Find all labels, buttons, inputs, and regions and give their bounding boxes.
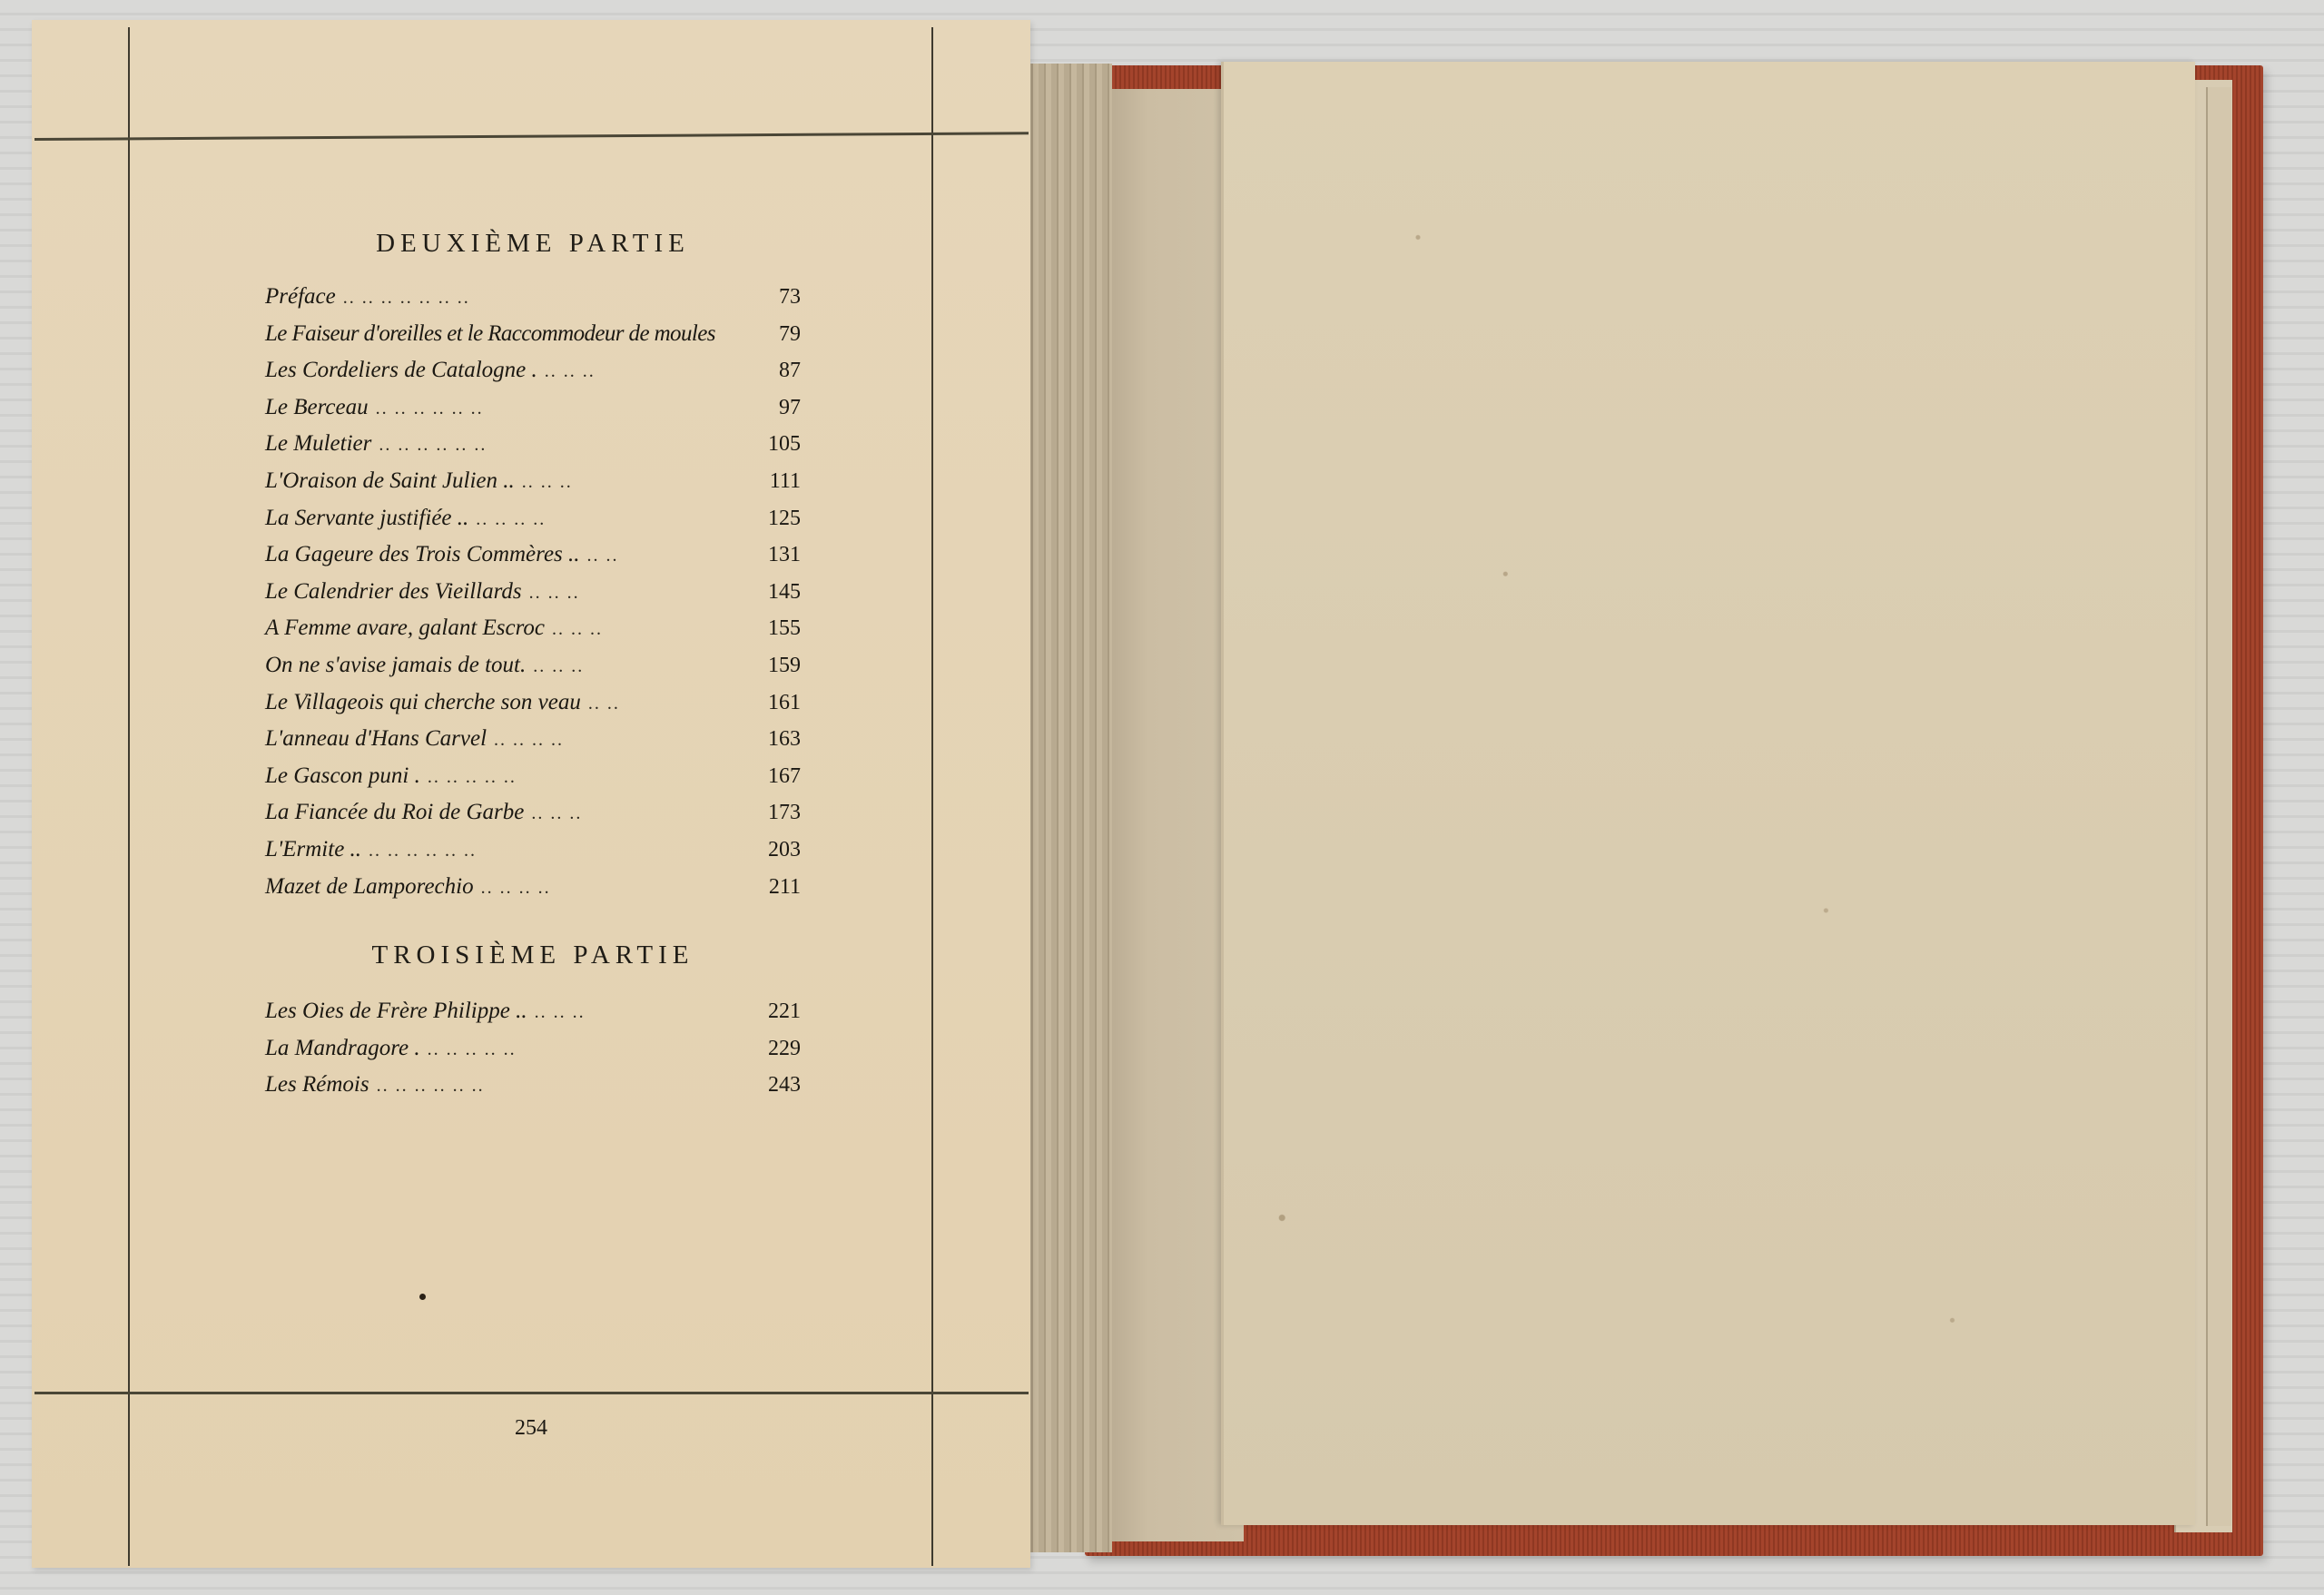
- toc-leader: .. .. .. .. .. ..: [361, 841, 743, 861]
- ink-dot-mark: [419, 1294, 426, 1300]
- toc-entry: Les Oies de Frère Philippe .... .. ..221: [265, 999, 801, 1036]
- toc-leader: .. ..: [580, 546, 743, 566]
- toc-page-number: 211: [743, 875, 801, 900]
- toc-leader: .. .. .. ..: [468, 509, 743, 530]
- toc-leader: .. .. .. .. .. ..: [371, 435, 743, 456]
- toc-entry: Préface.. .. .. .. .. .. ..73: [265, 284, 801, 321]
- toc-entry: Le Faiseur d'oreilles et le Raccommodeur…: [265, 321, 801, 359]
- toc-entry: La Mandragore ... .. .. .. ..229: [265, 1036, 801, 1073]
- toc-page-number: 79: [743, 322, 801, 347]
- toc-page-number: 145: [743, 580, 801, 605]
- toc-entry: Les Cordeliers de Catalogne ... .. ..87: [265, 358, 801, 395]
- toc-title: L'Oraison de Saint Julien ..: [265, 468, 515, 494]
- toc-title: Le Muletier: [265, 431, 371, 457]
- toc-page-number: 73: [743, 285, 801, 310]
- toc-leader: .. .. ..: [524, 803, 743, 824]
- toc-leader: .. .. ..: [526, 656, 743, 677]
- toc-leader: .. .. ..: [515, 472, 743, 493]
- toc-leader: .. .. ..: [545, 619, 743, 640]
- toc-entry: La Servante justifiée .... .. .. ..125: [265, 506, 801, 543]
- toc-entry: L'Oraison de Saint Julien .... .. ..111: [265, 468, 801, 506]
- toc-page-number: 173: [743, 801, 801, 825]
- toc-title: Les Oies de Frère Philippe ..: [265, 999, 527, 1024]
- toc-page-number: 221: [743, 999, 801, 1024]
- toc-page-number: 97: [743, 396, 801, 420]
- right-blank-flyleaf: [1221, 62, 2195, 1525]
- toc-leader: .. .. .. ..: [474, 878, 743, 899]
- frame-rule-left: [128, 27, 130, 1566]
- toc-title: Le Faiseur d'oreilles et le Raccommodeur…: [265, 321, 715, 347]
- toc-leader: .. .. .. ..: [487, 730, 743, 751]
- page-number: 254: [508, 1416, 554, 1441]
- toc-leader: .. .. ..: [522, 583, 743, 604]
- toc-title: On ne s'avise jamais de tout.: [265, 653, 526, 678]
- toc-title: Le Villageois qui cherche son veau: [265, 690, 581, 715]
- toc-entry: Le Berceau.. .. .. .. .. ..97: [265, 395, 801, 432]
- toc-entry: L'Ermite .... .. .. .. .. ..203: [265, 837, 801, 874]
- toc-entry: Le Muletier.. .. .. .. .. ..105: [265, 431, 801, 468]
- toc-entry: L'anneau d'Hans Carvel.. .. .. ..163: [265, 726, 801, 763]
- toc-entry: La Gageure des Trois Commères .... ..131: [265, 542, 801, 579]
- toc-page-number: 167: [743, 764, 801, 789]
- toc-page-number: 105: [743, 432, 801, 457]
- toc-title: Les Cordeliers de Catalogne .: [265, 358, 537, 383]
- toc-title: Le Calendrier des Vieillards: [265, 579, 522, 605]
- toc-leader: .. ..: [581, 694, 743, 714]
- toc-page-number: 243: [743, 1073, 801, 1098]
- toc-entry: Le Gascon puni ... .. .. .. ..167: [265, 763, 801, 801]
- section-heading-deuxieme-partie: DEUXIÈME PARTIE: [265, 229, 801, 259]
- toc-leader: .. .. ..: [527, 1002, 743, 1023]
- toc-page-number: 229: [743, 1037, 801, 1061]
- toc-title: Mazet de Lamporechio: [265, 874, 474, 900]
- toc-leader: .. .. .. .. ..: [420, 767, 743, 788]
- toc-title: Préface: [265, 284, 336, 310]
- toc-title: La Gageure des Trois Commères ..: [265, 542, 580, 567]
- toc-entry: Mazet de Lamporechio.. .. .. ..211: [265, 874, 801, 911]
- toc-title: La Servante justifiée ..: [265, 506, 468, 531]
- toc-entry: La Fiancée du Roi de Garbe.. .. ..173: [265, 800, 801, 837]
- toc-page-number: 131: [743, 543, 801, 567]
- toc-page-number: 87: [743, 359, 801, 383]
- toc-page-number: 155: [743, 616, 801, 641]
- frame-rule-bottom: [34, 1392, 1029, 1394]
- toc-title: A Femme avare, galant Escroc: [265, 615, 545, 641]
- right-page-edge: [2206, 87, 2231, 1526]
- toc-page-number: 203: [743, 838, 801, 862]
- toc-leader: .. .. .. .. .. .. ..: [336, 288, 743, 309]
- toc-entry: Le Calendrier des Vieillards.. .. ..145: [265, 579, 801, 616]
- toc-title: L'anneau d'Hans Carvel: [265, 726, 487, 752]
- toc-title: Le Gascon puni .: [265, 763, 420, 789]
- toc-leader: .. .. .. .. .. ..: [369, 1076, 743, 1097]
- toc-entry: Les Rémois.. .. .. .. .. ..243: [265, 1072, 801, 1109]
- section-heading-troisieme-partie: TROISIÈME PARTIE: [265, 940, 801, 970]
- toc-leader: .. .. .. .. ..: [420, 1039, 743, 1060]
- toc-title: L'Ermite ..: [265, 837, 361, 862]
- toc-page-number: 111: [743, 469, 801, 494]
- toc-page-number: 159: [743, 654, 801, 678]
- toc-title: La Mandragore .: [265, 1036, 420, 1061]
- toc-page-number: 161: [743, 691, 801, 715]
- frame-rule-right: [931, 27, 933, 1566]
- toc-leader: .. .. ..: [537, 361, 743, 382]
- toc-page-number: 125: [743, 507, 801, 531]
- toc-title: La Fiancée du Roi de Garbe: [265, 800, 524, 825]
- toc-list-deuxieme-partie: Préface.. .. .. .. .. .. ..73 Le Faiseur…: [265, 284, 801, 911]
- toc-entry: Le Villageois qui cherche son veau.. ..1…: [265, 690, 801, 727]
- page-stack-edges: [1026, 64, 1112, 1552]
- toc-list-troisieme-partie: Les Oies de Frère Philippe .... .. ..221…: [265, 999, 801, 1109]
- toc-entry: On ne s'avise jamais de tout... .. ..159: [265, 653, 801, 690]
- toc-page-number: 163: [743, 727, 801, 752]
- toc-title: Le Berceau: [265, 395, 369, 420]
- toc-entry: A Femme avare, galant Escroc.. .. ..155: [265, 615, 801, 653]
- toc-leader: .. .. .. .. .. ..: [369, 399, 743, 419]
- toc-title: Les Rémois: [265, 1072, 369, 1098]
